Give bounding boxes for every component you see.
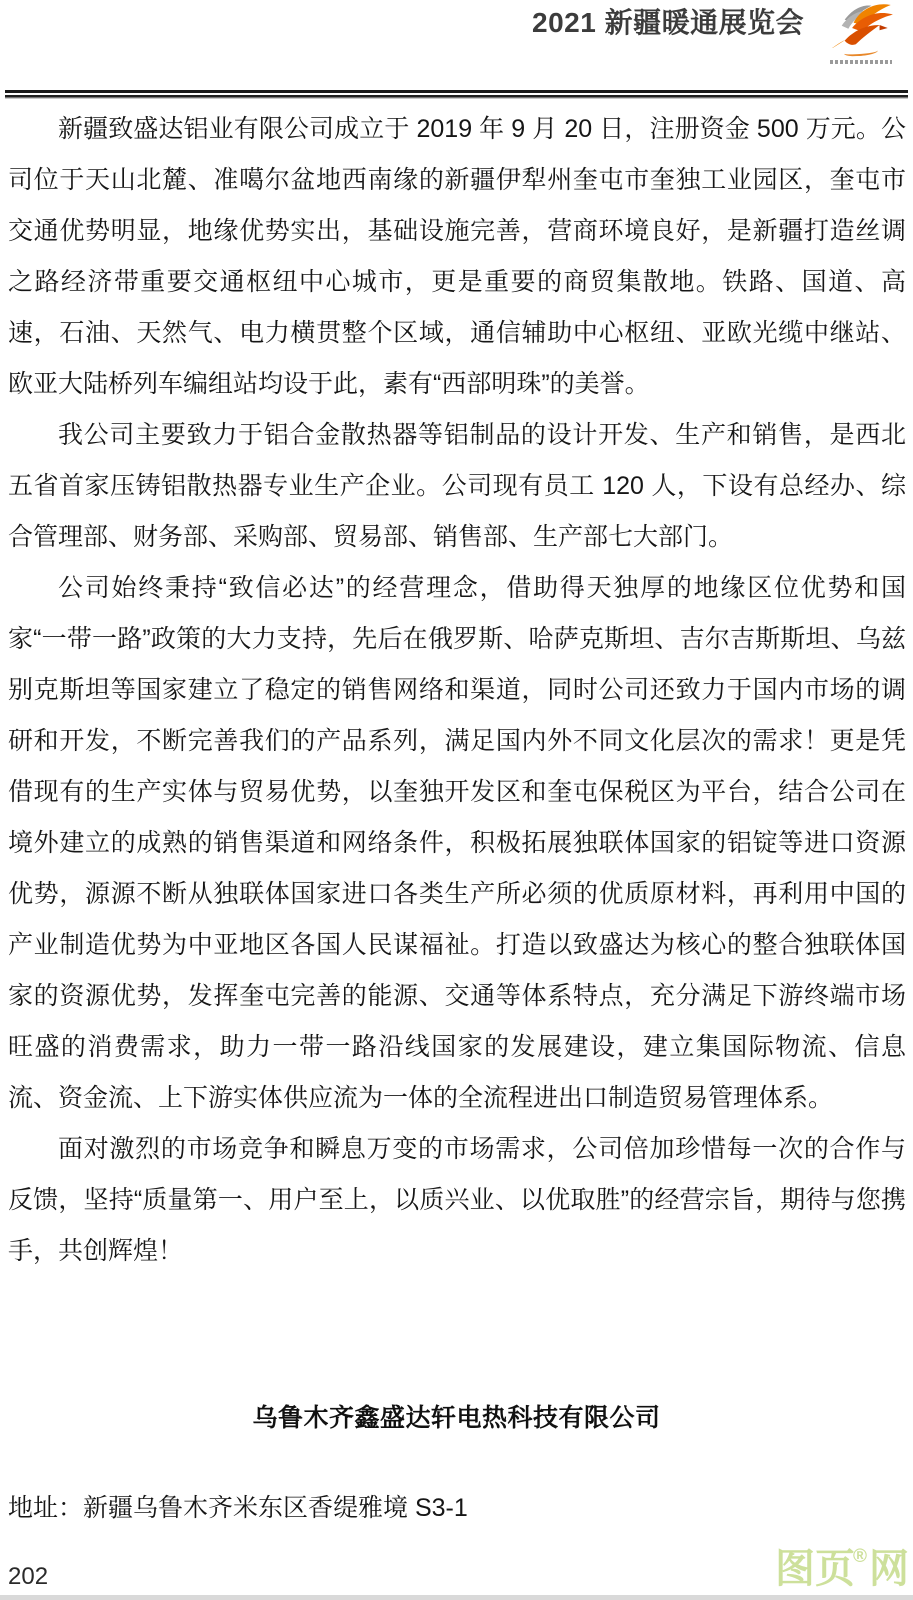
- watermark-tuyewang: 图页®网: [775, 1549, 909, 1589]
- company-profile-text: 新疆致盛达铝业有限公司成立于 2019 年 9 月 20 日，注册资金 500 …: [8, 104, 906, 1277]
- watermark-text-prefix: 图页: [775, 1547, 855, 1591]
- document-page: 2021 新疆暖通展览会 新疆致盛达铝业有限公司成立于 2019 年 9 月 2…: [0, 0, 913, 1600]
- bottom-edge-strip: [0, 1595, 913, 1600]
- paragraph-main-business: 我公司主要致力于铝合金散热器等铝制品的设计开发、生产和销售，是西北五省首家压铸铝…: [8, 410, 906, 563]
- exhibition-logo: [819, 2, 903, 66]
- logo-script-text: [844, 47, 878, 57]
- watermark-text-suffix: 网: [869, 1547, 909, 1591]
- page-title: 2021 新疆暖通展览会: [532, 6, 804, 40]
- registered-trademark-icon: ®: [853, 1546, 867, 1567]
- page-number: 202: [8, 1563, 48, 1591]
- paragraph-company-founding: 新疆致盛达铝业有限公司成立于 2019 年 9 月 20 日，注册资金 500 …: [8, 104, 906, 410]
- header-divider: [5, 90, 908, 99]
- paragraph-business-philosophy: 公司始终秉持“致信必达”的经营理念，借助得天独厚的地缘区位优势和国家“一带一路”…: [8, 563, 906, 1124]
- logo-micro-text: [830, 60, 892, 64]
- phoenix-bird-icon: [819, 2, 903, 48]
- company-address: 地址：新疆乌鲁木齐米东区香缇雅境 S3-1: [8, 1488, 468, 1524]
- company-name-heading: 乌鲁木齐鑫盛达轩电热科技有限公司: [0, 1398, 913, 1434]
- paragraph-closing: 面对激烈的市场竞争和瞬息万变的市场需求，公司倍加珍惜每一次的合作与反馈，坚持“质…: [8, 1124, 906, 1277]
